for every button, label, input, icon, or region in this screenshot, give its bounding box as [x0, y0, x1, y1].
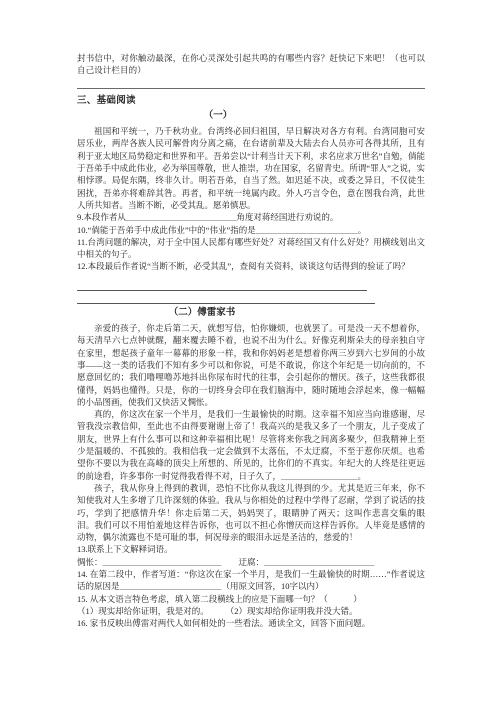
question-15-options: （1）现实却给你证明，我是对的。 （2）现实却给你证明我并没大错。: [77, 605, 425, 617]
part1-title: （一）: [44, 110, 392, 122]
question-13-word-blanks: 惆怅：＿＿＿＿＿＿＿＿＿＿＿＿＿＿ 迂腐：＿＿＿＿＿＿＿＿＿＿＿＿＿: [77, 556, 425, 568]
question-14: 14. 在第二段中，作者写道：“你这次在家一个半月，是我们一生最愉快的时期……”…: [77, 568, 425, 593]
worksheet-page: 封书信中，对你触动最深，在你心灵深处引起共鸣的有哪些内容？赶快记下来吧！（也可以…: [0, 0, 500, 707]
question-12: 12.本段最后作者说“当断不断，必受其乱”，查阅有关资料，谈谈这句话得到的验证了…: [77, 260, 425, 272]
part1-passage: 祖国和平统一，乃千秋功业。台湾终必回归祖国，早日解决对各方有利。台湾同胞可安居乐…: [77, 125, 425, 211]
question-13-label: 13.联系上下文解释词语。: [77, 543, 425, 555]
part2-paragraph-1: 亲爱的孩子，你走后第二天，就想写信，怕你嫌烦，也就罢了。可是没一天不想着你，每天…: [77, 322, 425, 408]
answer-blank-line-2: [77, 291, 375, 304]
intro-continuation-text: 封书信中，对你触动最深，在你心灵深处引起共鸣的有哪些内容？赶快记下来吧！（也可以…: [77, 52, 425, 77]
question-15: 15. 从本文语言特色考虑，填入第二段横线上的应是下面哪一句？（ ）: [77, 593, 425, 605]
question-10: 10.“倘能于吾弟手中成此伟业”中的“伟业”指的是＿＿＿＿＿＿＿＿＿＿＿＿。: [77, 224, 425, 236]
part2-paragraph-2: 真的，你这次在家一个半月，是我们一生最愉快的时期。这幸福不知应当向谁感谢，尽管我…: [77, 408, 425, 482]
section-heading: 三、基础阅读: [77, 95, 425, 107]
part2-paragraph-3: 孩子，我从你身上得到的教训，恐怕不比你从我这儿得到的少。尤其是近三年来，你不知使…: [77, 482, 425, 543]
section-divider-line: [77, 88, 425, 89]
question-11: 11.台湾问题的解决，对于全中国人民都有哪些好处？对蒋经国又有什么好处？用横线划…: [77, 236, 425, 261]
part2-title: （二）傅雷家书: [28, 307, 376, 319]
question-9: 9.本段作者从＿＿＿＿＿＿＿＿＿＿＿＿＿角度对蒋经国进行劝说的。: [77, 211, 425, 223]
question-16: 16. 家书反映出傅雷对两代人如何相处的一些看法。通读全文，回答下面问题。: [77, 617, 425, 629]
answer-blank-line-1: [77, 278, 367, 291]
